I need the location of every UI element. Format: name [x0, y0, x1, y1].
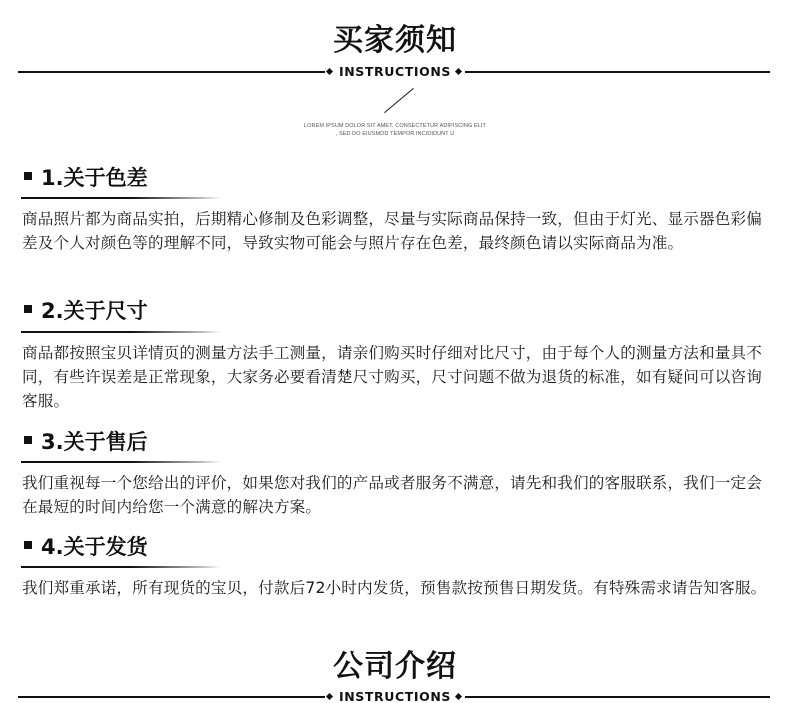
square-bullet-icon [24, 305, 32, 313]
section-heading-text: 4.关于发货 [41, 533, 148, 561]
section-heading-underline [21, 461, 221, 463]
square-bullet-icon [24, 541, 32, 549]
square-bullet-icon [24, 436, 32, 444]
section-heading-text: 1.关于色差 [41, 164, 148, 192]
section-heading-shipping: 4.关于发货 [22, 533, 282, 563]
lorem-caption-line-1: LOREM IPSUM DOLOR SIT AMET, CONSECTETUR … [0, 122, 790, 130]
section-body-color-difference: 商品照片都为商品实拍，后期精心修制及色彩调整，尽量与实际商品保持一致，但由于灯光… [22, 207, 772, 255]
square-bullet-icon [24, 172, 32, 180]
company-intro-title: 公司介绍 [0, 650, 790, 684]
section-heading-text: 2.关于尺寸 [41, 297, 148, 325]
slash-decoration-icon [384, 88, 414, 113]
title-rule-right [465, 71, 770, 73]
section-body-size: 商品都按照宝贝详情页的测量方法手工测量，请亲们购买时仔细对比尺寸，由于每个人的测… [22, 341, 772, 413]
section-heading-color-difference: 1.关于色差 [22, 164, 282, 194]
section-heading-size: 2.关于尺寸 [22, 297, 282, 327]
section-heading-underline [21, 566, 221, 568]
title-rule-right [465, 696, 770, 698]
section-heading-underline [21, 197, 221, 199]
section-heading-text: 3.关于售后 [41, 428, 148, 456]
lorem-caption-line-2: , SED DO EIUSMOD TEMPOR INCIDIDUNT U [0, 130, 790, 138]
section-body-shipping: 我们郑重承诺，所有现货的宝贝，付款后72小时内发货，预售款按预售日期发货。有特殊… [22, 576, 772, 600]
section-heading-underline [21, 331, 221, 333]
section-heading-after-sales: 3.关于售后 [22, 428, 282, 458]
section-body-after-sales: 我们重视每一个您给出的评价，如果您对我们的产品或者服务不满意，请先和我们的客服联… [22, 471, 772, 519]
page-title: 买家须知 [0, 24, 790, 58]
